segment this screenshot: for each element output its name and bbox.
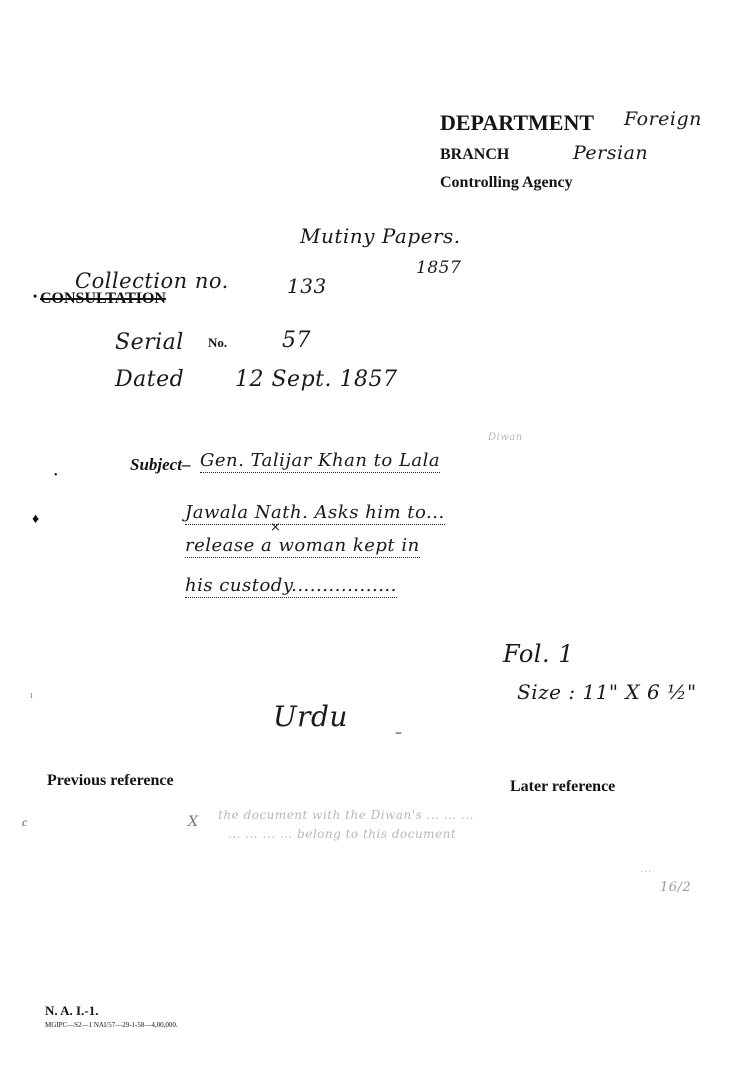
faint-note-line: ... ... ... ... belong to this document: [228, 827, 456, 841]
previous-reference-label: Previous reference: [47, 772, 174, 790]
scan-speck: ı: [30, 690, 33, 701]
serial-number: 57: [282, 328, 311, 353]
note-signature: ...: [640, 862, 652, 875]
collection-number: 133: [287, 274, 327, 298]
serial-no-label: No.: [208, 335, 227, 351]
branch-label: BRANCH: [440, 146, 509, 164]
note-mark: X: [188, 814, 198, 830]
insert-mark: ×: [270, 520, 281, 535]
subject-line: Gen. Talijar Khan to Lala: [200, 450, 440, 473]
dated-value: 12 Sept. 1857: [235, 367, 397, 392]
department-label: DEPARTMENT: [440, 110, 594, 136]
form-identifier: N. A. I.-1.: [45, 1003, 98, 1019]
scan-speck: •: [54, 470, 58, 481]
subject-line: his custody.................: [185, 575, 397, 598]
subject-line: release a woman kept in: [185, 535, 420, 558]
later-reference-label: Later reference: [510, 778, 615, 796]
subject-label: Subject–: [130, 455, 190, 475]
document-size: Size : 11" X 6 ½": [517, 680, 697, 704]
serial-label: Serial: [115, 330, 184, 355]
language-dash: –: [395, 725, 403, 741]
collection-title: Mutiny Papers.: [300, 224, 461, 248]
folio-count: Fol. 1: [503, 640, 574, 668]
subject-annotation: Diwan: [488, 432, 523, 443]
scan-speck: ♦: [32, 512, 39, 528]
collection-year: 1857: [416, 258, 461, 278]
consultation-label: CONSULTATION: [40, 290, 166, 308]
document-language: Urdu: [273, 700, 348, 733]
bullet-mark: •: [33, 289, 37, 304]
printer-imprint: MGIPC—S2—1 NAI/57—29-1-58—4,00,000.: [45, 1021, 178, 1029]
note-date: 16/2: [660, 880, 691, 895]
scan-speck: c: [22, 815, 27, 830]
dated-label: Dated: [115, 367, 184, 392]
controlling-agency-label: Controlling Agency: [440, 174, 573, 192]
department-value: Foreign: [624, 108, 702, 130]
branch-value: Persian: [573, 142, 648, 164]
faint-note-line: the document with the Diwan's ... ... ..…: [218, 808, 474, 822]
subject-line: Jawala Nath. Asks him to...: [185, 502, 445, 525]
